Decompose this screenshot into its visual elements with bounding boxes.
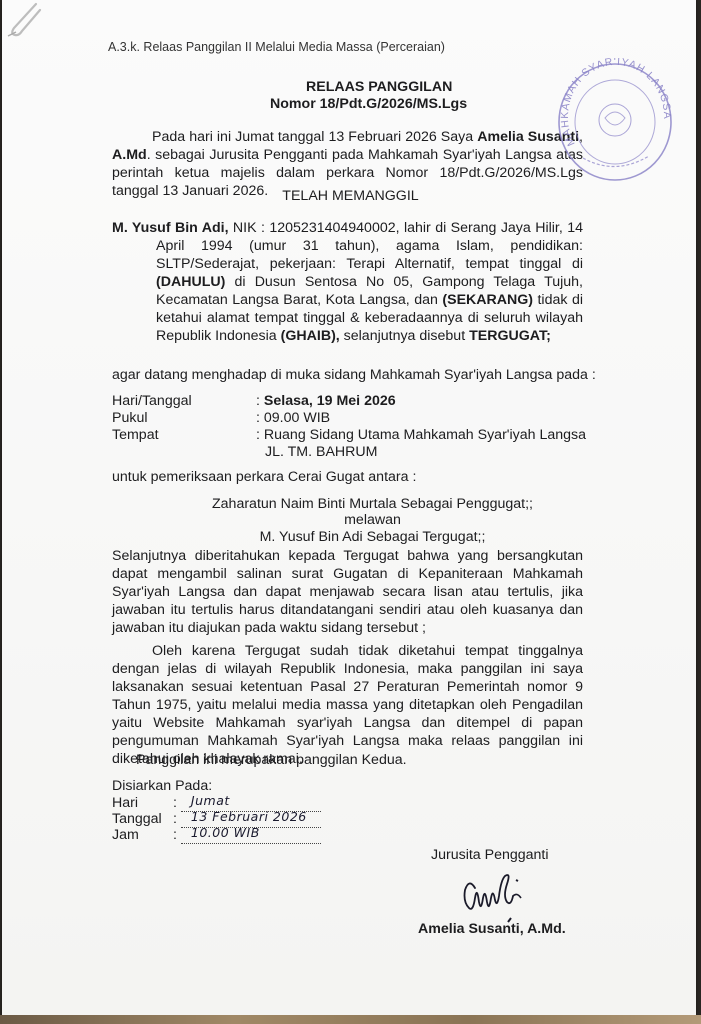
form-code: A.3.k. Relaas Panggilan II Melalui Media…: [108, 38, 445, 56]
svg-text:MAHKAMAH SYAR'IYAH LANGSA: MAHKAMAH SYAR'IYAH LANGSA: [559, 58, 673, 148]
summoned-heading: TELAH MEMANGGIL: [0, 187, 701, 205]
notice-paragraph: Selanjutnya diberitahukan kepada Terguga…: [112, 547, 583, 637]
document-title: RELAAS PANGGILAN: [306, 78, 452, 96]
document-body: A.3.k. Relaas Panggilan II Melalui Media…: [0, 0, 701, 1024]
case-intro: untuk pemeriksaan perkara Cerai Gugat an…: [112, 468, 416, 486]
officer-title: A.Md: [112, 147, 147, 163]
defendant-identity: M. Yusuf Bin Adi, NIK : 1205231404940002…: [112, 219, 583, 345]
legal-basis-paragraph: Oleh karena Tergugat sudah tidak diketah…: [112, 642, 583, 768]
signer-name: Amelia Susanti, A.Md.: [418, 920, 566, 938]
document-number: Nomor 18/Pdt.G/2026/MS.Lgs: [270, 95, 467, 113]
court-stamp-icon: MAHKAMAH SYAR'IYAH LANGSA: [553, 58, 677, 182]
versus-line: melawan: [0, 511, 701, 529]
summons-order: Panggilan ini merupakan panggilan Kedua.: [136, 751, 407, 769]
broadcast-time: 10.00 WIB: [191, 824, 260, 842]
hearing-date: Selasa, 19 Mei 2026: [264, 393, 396, 409]
signature-icon: [455, 868, 535, 924]
defendant-line: M. Yusuf Bin Adi Sebagai Tergugat;;: [0, 528, 701, 546]
defendant-name: M. Yusuf Bin Adi,: [112, 220, 229, 236]
appear-intro: agar datang menghadap di muka sidang Mah…: [112, 366, 596, 384]
hearing-place: Ruang Sidang Utama Mahkamah Syar'iyah La…: [264, 427, 586, 443]
hearing-time: 09.00 WIB: [264, 410, 330, 426]
signer-role: Jurusita Pengganti: [431, 846, 549, 864]
defendant-role: TERGUGAT;: [469, 328, 551, 344]
